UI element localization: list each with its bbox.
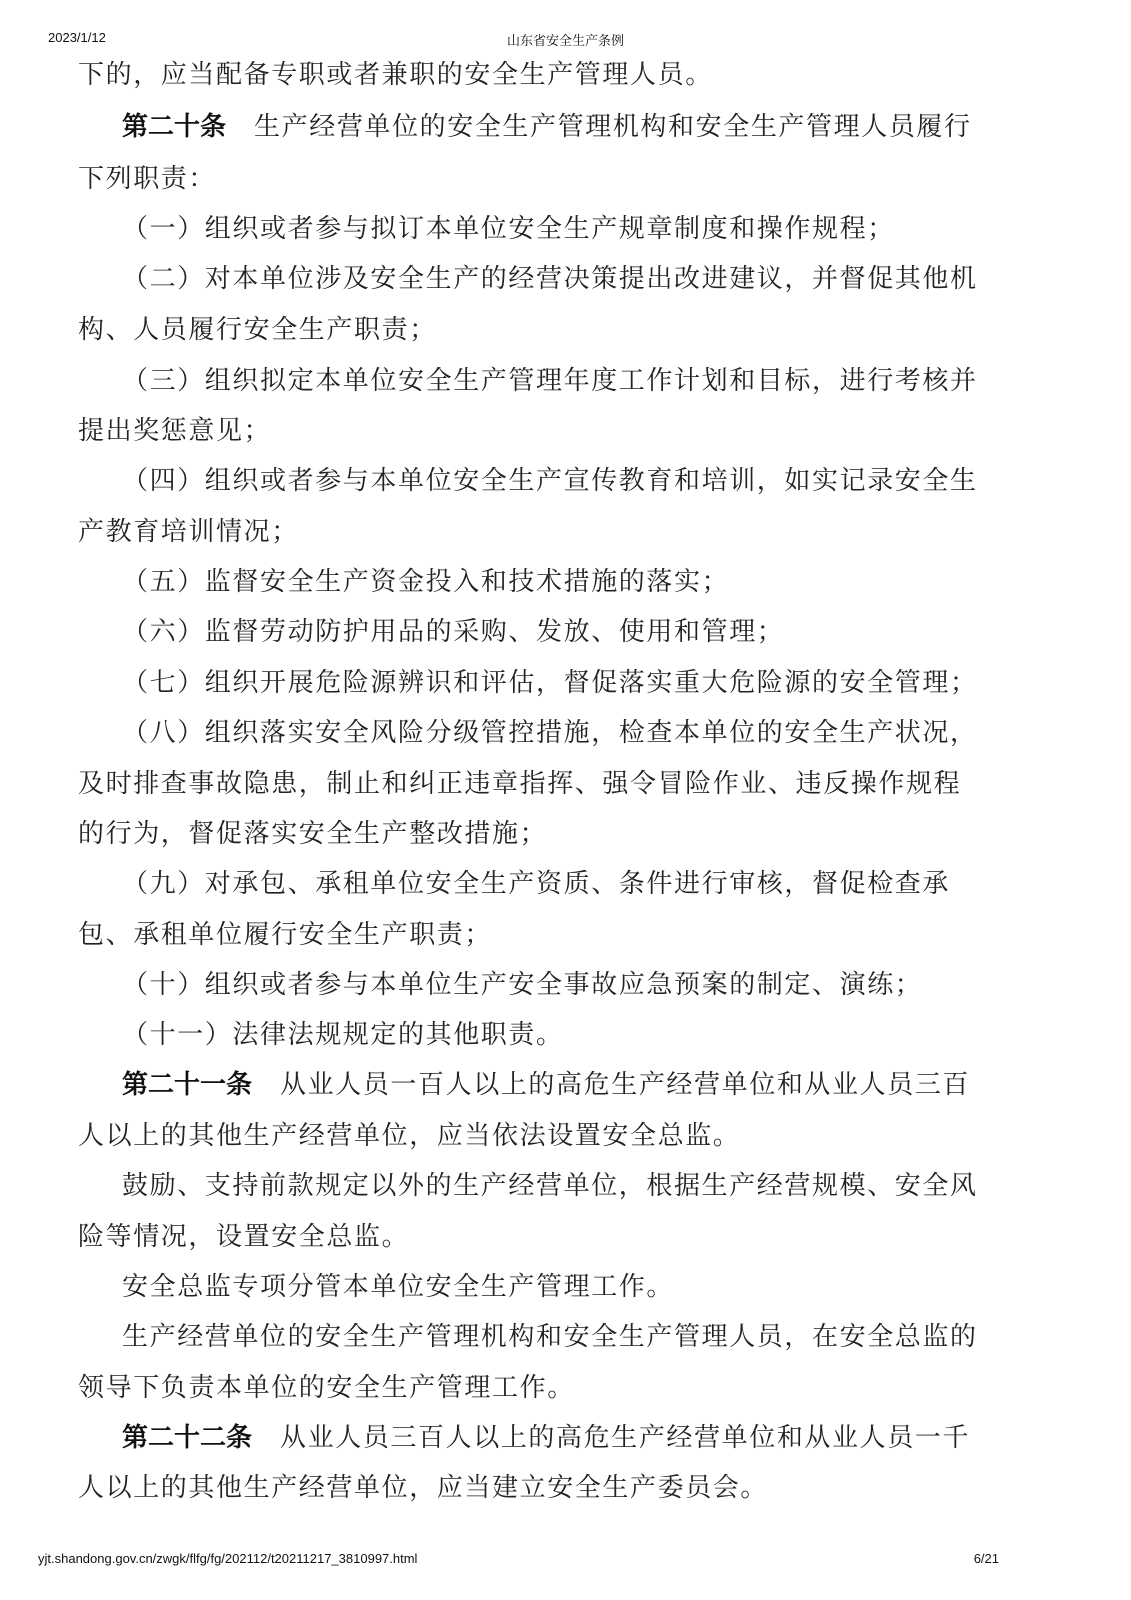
list-item: （一）组织或者参与拟订本单位安全生产规章制度和操作规程；: [122, 212, 1082, 246]
list-item: （九）对承包、承租单位安全生产资质、条件进行审核，督促检查承: [122, 867, 1082, 901]
article-number: 第二十一条: [122, 1070, 252, 1100]
text-line: 构、人员履行安全生产职责；: [78, 313, 1038, 347]
list-item: （八）组织落实安全风险分级管控措施，检查本单位的安全生产状况，: [122, 716, 1082, 750]
text-line: 包、承租单位履行安全生产职责；: [78, 918, 1038, 952]
list-item: （十一）法律法规规定的其他职责。: [122, 1018, 1082, 1052]
text-line: 险等情况，设置安全总监。: [78, 1220, 1038, 1254]
article-number: 第二十二条: [122, 1423, 252, 1453]
article-22-heading: 第二十二条从业人员三百人以上的高危生产经营单位和从业人员一千: [122, 1421, 1082, 1455]
page-number: 6/21: [974, 1551, 999, 1566]
text-line: 人以上的其他生产经营单位，应当建立安全生产委员会。: [78, 1471, 1038, 1505]
text-line: 领导下负责本单位的安全生产管理工作。: [78, 1371, 1038, 1405]
list-item: （五）监督安全生产资金投入和技术措施的落实；: [122, 565, 1082, 599]
text-line: 提出奖惩意见；: [78, 414, 1038, 448]
text-line: 的行为，督促落实安全生产整改措施；: [78, 817, 1038, 851]
paragraph-line: 鼓励、支持前款规定以外的生产经营单位，根据生产经营规模、安全风: [122, 1169, 1082, 1203]
list-item: （三）组织拟定本单位安全生产管理年度工作计划和目标，进行考核并: [122, 364, 1082, 398]
list-item: （四）组织或者参与本单位安全生产宣传教育和培训，如实记录安全生: [122, 464, 1082, 498]
paragraph-line: 生产经营单位的安全生产管理机构和安全生产管理人员，在安全总监的: [122, 1320, 1082, 1354]
list-item: （二）对本单位涉及安全生产的经营决策提出改进建议，并督促其他机: [122, 262, 1082, 296]
text-line: 下列职责：: [78, 162, 1038, 196]
article-21-heading: 第二十一条从业人员一百人以上的高危生产经营单位和从业人员三百: [122, 1068, 1082, 1102]
article-20-heading: 第二十条生产经营单位的安全生产管理机构和安全生产管理人员履行: [122, 110, 1082, 144]
list-item: （六）监督劳动防护用品的采购、发放、使用和管理；: [122, 615, 1082, 649]
text-line: 人以上的其他生产经营单位，应当依法设置安全总监。: [78, 1119, 1038, 1153]
list-item: （七）组织开展危险源辨识和评估，督促落实重大危险源的安全管理；: [122, 666, 1082, 700]
page-header-title: 山东省安全生产条例: [0, 30, 1131, 49]
page-footer-url: yjt.shandong.gov.cn/zwgk/flfg/fg/202112/…: [38, 1551, 417, 1566]
text-line: 产教育培训情况；: [78, 515, 1038, 549]
article-number: 第二十条: [122, 112, 226, 142]
text-line: 下的，应当配备专职或者兼职的安全生产管理人员。: [78, 58, 1038, 92]
paragraph-line: 安全总监专项分管本单位安全生产管理工作。: [122, 1270, 1082, 1304]
text-line: 及时排查事故隐患，制止和纠正违章指挥、强令冒险作业、违反操作规程: [78, 767, 1038, 801]
list-item: （十）组织或者参与本单位生产安全事故应急预案的制定、演练；: [122, 968, 1082, 1002]
page-header-date: 2023/1/12: [48, 30, 106, 45]
